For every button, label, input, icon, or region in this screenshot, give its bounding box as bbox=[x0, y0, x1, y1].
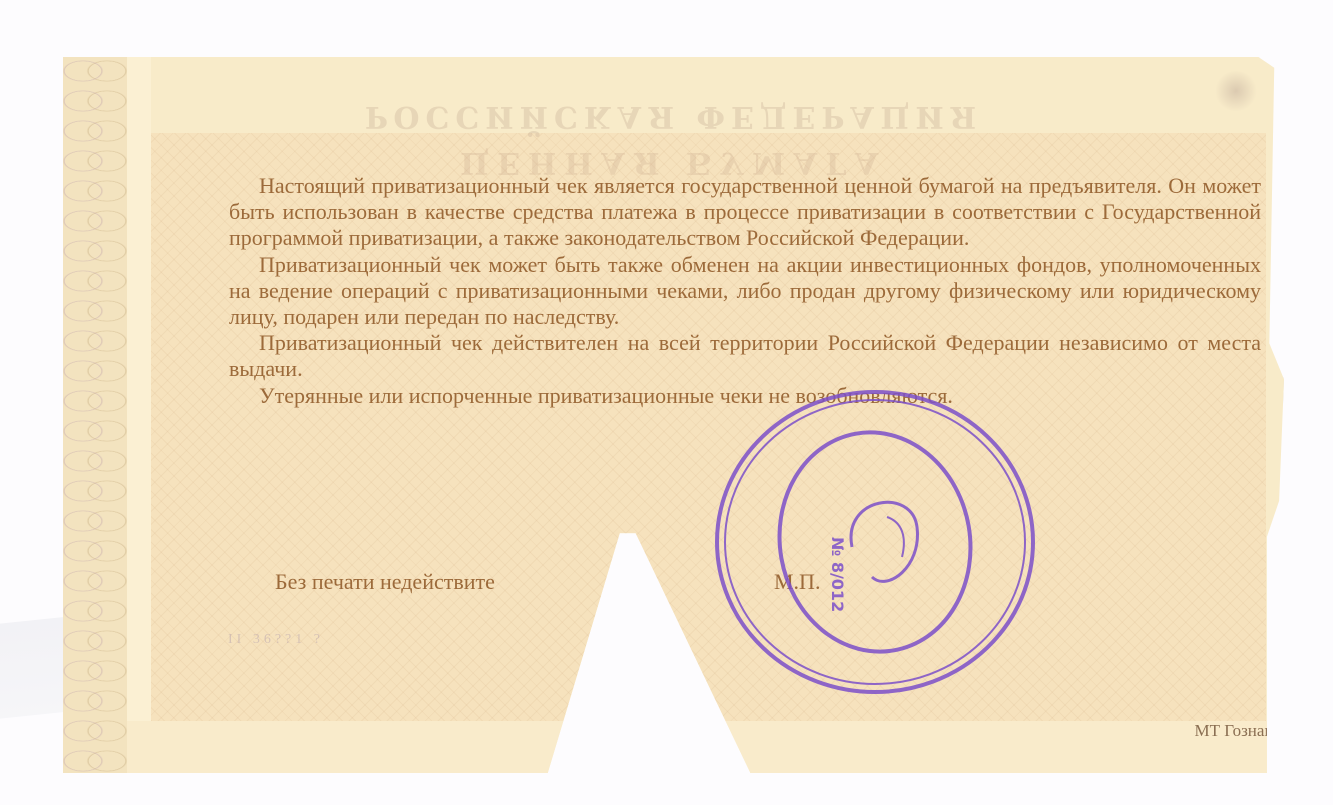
paragraph-3: Приватизационный чек действителен на все… bbox=[229, 330, 1261, 382]
printer-mark: МТ Гознака bbox=[1195, 721, 1281, 741]
stamp-required-note: Без печати недействите bbox=[275, 569, 495, 595]
paragraph-2: Приватизационный чек может быть также об… bbox=[229, 252, 1261, 331]
voucher-terms: Настоящий приватизационный чек является … bbox=[229, 173, 1261, 409]
watermark-title: РОССИЙСКАЯ ФЕДЕРАЦИЯ bbox=[63, 99, 1284, 134]
paragraph-2-text: Приватизационный чек может быть также об… bbox=[229, 252, 1261, 329]
serial-number-faint: II 36??1 ? bbox=[228, 632, 324, 648]
paragraph-4: Утерянные или испорченные приватизационн… bbox=[229, 383, 1261, 409]
privatization-voucher-back: РОССИЙСКАЯ ФЕДЕРАЦИЯ ЦЕННАЯ БУМАГА Насто… bbox=[63, 57, 1284, 773]
paragraph-4-text: Утерянные или испорченные приватизационн… bbox=[259, 383, 953, 408]
paragraph-1-text: Настоящий приватизационный чек является … bbox=[229, 173, 1261, 250]
bottom-strip bbox=[127, 721, 1284, 773]
scanner-tape bbox=[0, 616, 70, 718]
paragraph-1: Настоящий приватизационный чек является … bbox=[229, 173, 1261, 252]
stamp-place-label: М.П. bbox=[774, 569, 820, 595]
paragraph-3-text: Приватизационный чек действителен на все… bbox=[229, 330, 1261, 381]
